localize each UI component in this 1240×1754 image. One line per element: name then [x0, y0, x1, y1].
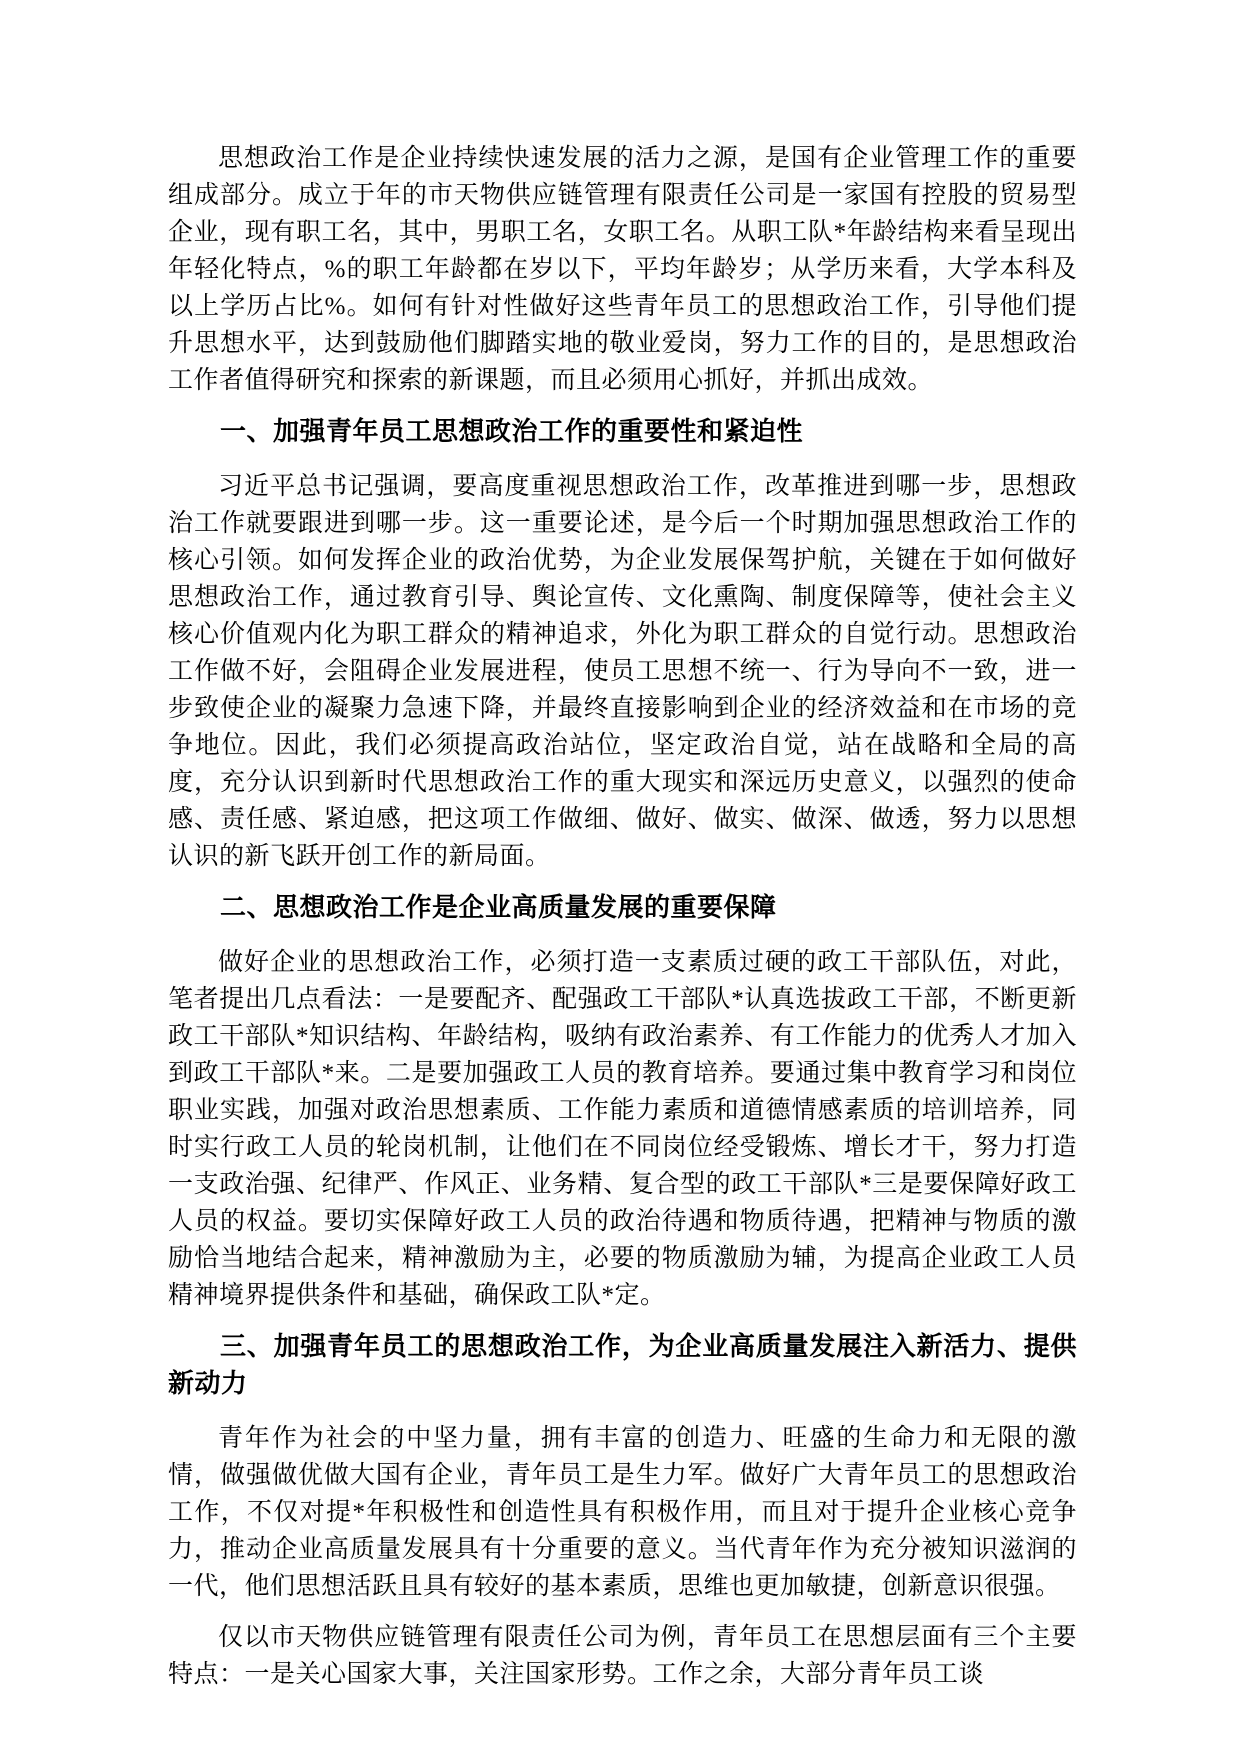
document-page: 思想政治工作是企业持续快速发展的活力之源，是国有企业管理工作的重要组成部分。成立… — [0, 0, 1240, 1754]
paragraph-section-1: 习近平总书记强调，要高度重视思想政治工作，改革推进到哪一步，思想政治工作就要跟进… — [168, 468, 1077, 875]
paragraph-section-2: 做好企业的思想政治工作，必须打造一支素质过硬的政工干部队伍，对此，笔者提出几点看… — [168, 944, 1077, 1314]
document-content: 思想政治工作是企业持续快速发展的活力之源，是国有企业管理工作的重要组成部分。成立… — [168, 140, 1077, 1707]
paragraph-intro: 思想政治工作是企业持续快速发展的活力之源，是国有企业管理工作的重要组成部分。成立… — [168, 140, 1077, 399]
heading-section-1: 一、加强青年员工思想政治工作的重要性和紧迫性 — [168, 413, 1077, 450]
heading-section-2: 二、思想政治工作是企业高质量发展的重要保障 — [168, 889, 1077, 926]
paragraph-section-3-a: 青年作为社会的中坚力量，拥有丰富的创造力、旺盛的生命力和无限的激情，做强做优做大… — [168, 1420, 1077, 1605]
heading-section-3: 三、加强青年员工的思想政治工作，为企业高质量发展注入新活力、提供新动力 — [168, 1328, 1077, 1402]
paragraph-section-3-b: 仅以市天物供应链管理有限责任公司为例，青年员工在思想层面有三个主要特点：一是关心… — [168, 1619, 1077, 1693]
